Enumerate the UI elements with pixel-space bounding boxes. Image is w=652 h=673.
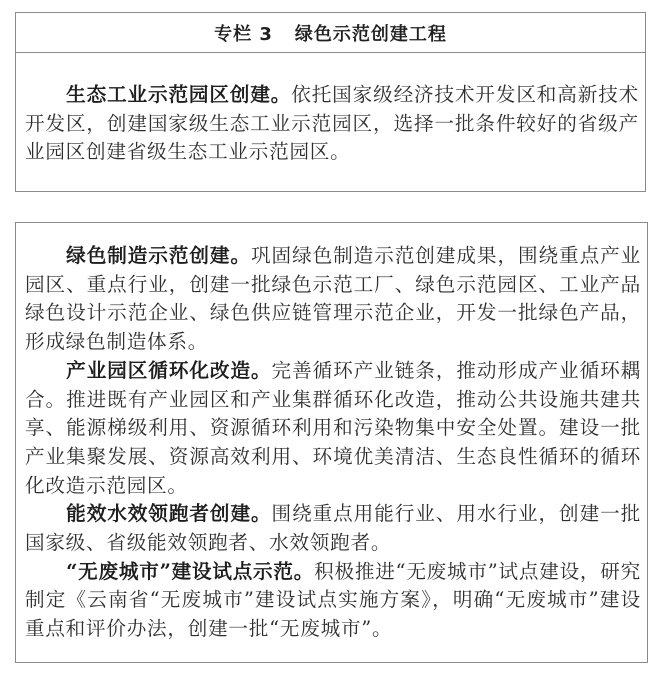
panel-number-label: 专栏 3 <box>214 20 273 46</box>
paragraph-lead: 绿色制造示范创建。 <box>66 244 251 267</box>
green-demo-project-panel-continued-box: 绿色制造示范创建。巩固绿色制造示范创建成果，围绕重点产业园区、重点行业，创建一批… <box>15 222 648 663</box>
paragraph-lead: 生态工业示范园区创建。 <box>66 83 291 106</box>
panel-title-row: 专栏 3 绿色示范创建工程 <box>16 13 645 53</box>
paragraph-lead: 能效水效领跑者创建。 <box>66 502 271 525</box>
paragraph-green-manufacturing: 绿色制造示范创建。巩固绿色制造示范创建成果，围绕重点产业园区、重点行业，创建一批… <box>25 242 641 357</box>
paragraph-park-circular-retrofit: 产业园区循环化改造。完善循环产业链条，推动形成产业循环耦合。推进既有产业园区和产… <box>25 357 641 501</box>
panel-title: 绿色示范创建工程 <box>295 20 447 46</box>
paragraph-zero-waste-city: “无废城市”建设试点示范。积极推进“无废城市”试点建设，研究制定《云南省“无废城… <box>25 558 641 644</box>
paragraph-lead: “无废城市”建设试点示范。 <box>66 560 314 583</box>
paragraph-eco-industrial-park: 生态工业示范园区创建。依托国家级经济技术开发区和高新技术开发区，创建国家级生态工… <box>25 81 639 167</box>
paragraph-efficiency-leaders: 能效水效领跑者创建。围绕重点用能行业、用水行业，创建一批国家级、省级能效领跑者、… <box>25 500 641 557</box>
panel1-body: 生态工业示范园区创建。依托国家级经济技术开发区和高新技术开发区，创建国家级生态工… <box>16 53 645 167</box>
green-demo-project-panel-header-box: 专栏 3 绿色示范创建工程 生态工业示范园区创建。依托国家级经济技术开发区和高新… <box>15 12 646 192</box>
paragraph-lead: 产业园区循环化改造。 <box>66 359 271 382</box>
panel2-body: 绿色制造示范创建。巩固绿色制造示范创建成果，围绕重点产业园区、重点行业，创建一批… <box>16 223 647 644</box>
